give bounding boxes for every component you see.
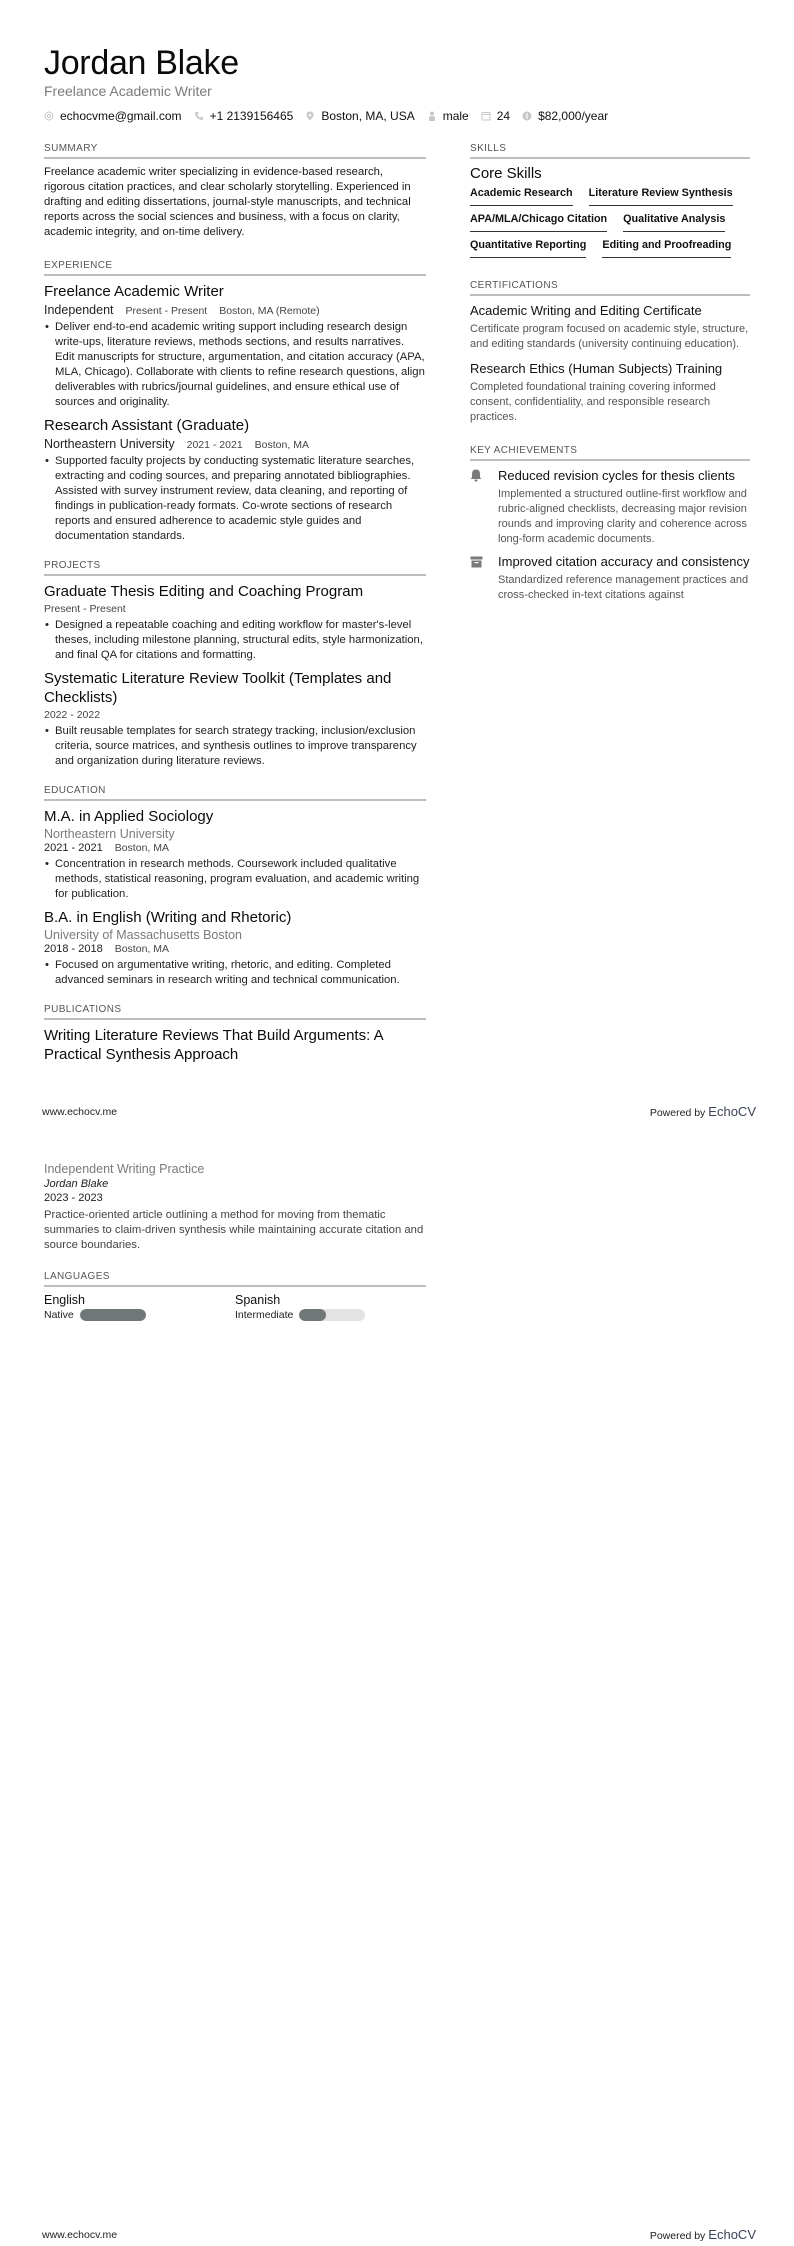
publication-continued: Independent Writing Practice Jordan Blak… (44, 1162, 426, 1253)
language-proficiency-bar (299, 1309, 365, 1321)
language-proficiency-bar (80, 1309, 146, 1321)
contact-email[interactable]: echocvme@gmail.com (44, 109, 182, 123)
language-proficiency-fill (80, 1309, 146, 1321)
education-dates: 2021 - 2021 (44, 842, 103, 854)
certification-title: Research Ethics (Human Subjects) Trainin… (470, 360, 750, 377)
degree: B.A. in English (Writing and Rhetoric) (44, 908, 426, 927)
powered-by: Powered byEchoCV (650, 1104, 756, 1119)
publication-author: Jordan Blake (44, 1178, 426, 1190)
job-dates: Present - Present (126, 305, 208, 317)
certifications-section: CERTIFICATIONS Academic Writing and Edit… (470, 280, 750, 425)
section-title: PUBLICATIONS (44, 1004, 426, 1020)
brand-name[interactable]: EchoCV (708, 2227, 756, 2242)
achievement-entry: Reduced revision cycles for thesis clien… (470, 467, 750, 547)
achievements-section: KEY ACHIEVEMENTS Reduced revision cycles… (470, 445, 750, 603)
person-icon (427, 111, 437, 121)
summary-text: Freelance academic writer specializing i… (44, 165, 426, 240)
project-meta: 2022 - 2022 (44, 709, 426, 721)
education-entry: M.A. in Applied Sociology Northeastern U… (44, 807, 426, 902)
skill-tag: APA/MLA/Chicago Citation (470, 213, 607, 232)
experience-entry: Freelance Academic Writer Independent Pr… (44, 282, 426, 410)
skill-tag: Quantitative Reporting (470, 239, 586, 258)
job-location: Boston, MA (255, 439, 309, 451)
job-bullets: Deliver end-to-end academic writing supp… (44, 320, 426, 410)
job-title: Research Assistant (Graduate) (44, 416, 426, 435)
skill-tag: Editing and Proofreading (602, 239, 731, 258)
language-proficiency-fill (299, 1309, 325, 1321)
achievement-title: Reduced revision cycles for thesis clien… (498, 467, 750, 484)
certification-description: Completed foundational training covering… (470, 380, 750, 425)
calendar-icon (481, 111, 491, 121)
bell-icon (470, 467, 498, 547)
project-title: Systematic Literature Review Toolkit (Te… (44, 669, 426, 707)
skill-tag: Qualitative Analysis (623, 213, 725, 232)
language-name: English (44, 1293, 235, 1307)
school: University of Massachusetts Boston (44, 928, 426, 942)
section-title: LANGUAGES (44, 1271, 426, 1287)
bullet-item: Supported faculty projects by conducting… (44, 454, 426, 544)
page-footer: www.echocv.me Powered byEchoCV (42, 2227, 756, 2242)
left-column: SUMMARY Freelance academic writer specia… (44, 143, 426, 1064)
location-pin-icon (305, 111, 315, 121)
project-entry: Graduate Thesis Editing and Coaching Pro… (44, 582, 426, 663)
education-dates: 2018 - 2018 (44, 943, 103, 955)
resume-page-1: Jordan Blake Freelance Academic Writer e… (0, 0, 794, 1123)
skill-tag: Literature Review Synthesis (589, 187, 733, 206)
project-dates: Present - Present (44, 603, 126, 615)
school: Northeastern University (44, 827, 426, 841)
experience-entry: Research Assistant (Graduate) Northeaste… (44, 416, 426, 544)
contact-location: Boston, MA, USA (305, 109, 414, 123)
publication-description: Practice-oriented article outlining a me… (44, 1208, 426, 1253)
degree: M.A. in Applied Sociology (44, 807, 426, 826)
publication-publisher: Independent Writing Practice (44, 1162, 426, 1176)
education-bullets: Focused on argumentative writing, rhetor… (44, 958, 426, 988)
project-title: Graduate Thesis Editing and Coaching Pro… (44, 582, 426, 601)
certification-title: Academic Writing and Editing Certificate (470, 302, 750, 319)
right-column: SKILLS Core Skills Academic Research Lit… (470, 143, 750, 609)
achievement-description: Standardized reference management practi… (498, 573, 750, 603)
job-dates: 2021 - 2021 (187, 439, 243, 451)
language-level: Intermediate (235, 1309, 293, 1321)
bullet-item: Deliver end-to-end academic writing supp… (44, 320, 426, 410)
summary-section: SUMMARY Freelance academic writer specia… (44, 143, 426, 240)
achievement-entry: Improved citation accuracy and consisten… (470, 553, 750, 603)
language-list: English Native Spanish Intermediate (44, 1293, 426, 1321)
job-meta: Northeastern University 2021 - 2021 Bost… (44, 437, 426, 451)
language-entry: Spanish Intermediate (235, 1293, 426, 1321)
education-location: Boston, MA (115, 842, 169, 854)
contact-bar: echocvme@gmail.com +1 2139156465 Boston,… (44, 109, 620, 123)
contact-salary: $82,000/year (522, 109, 608, 123)
education-bullets: Concentration in research methods. Cours… (44, 857, 426, 902)
section-title: EXPERIENCE (44, 260, 426, 276)
certification-entry: Research Ethics (Human Subjects) Trainin… (470, 360, 750, 425)
skill-tag: Academic Research (470, 187, 573, 206)
projects-section: PROJECTS Graduate Thesis Editing and Coa… (44, 560, 426, 769)
at-icon (44, 111, 54, 121)
contact-age: 24 (481, 109, 510, 123)
skill-group-title: Core Skills (470, 165, 750, 182)
project-entry: Systematic Literature Review Toolkit (Te… (44, 669, 426, 769)
education-section: EDUCATION M.A. in Applied Sociology Nort… (44, 785, 426, 988)
education-location: Boston, MA (115, 943, 169, 955)
publication-dates: 2023 - 2023 (44, 1192, 426, 1204)
language-level: Native (44, 1309, 74, 1321)
candidate-name: Jordan Blake (44, 44, 239, 83)
left-column: Independent Writing Practice Jordan Blak… (44, 1162, 426, 1321)
section-title: CERTIFICATIONS (470, 280, 750, 296)
publications-section: PUBLICATIONS Writing Literature Reviews … (44, 1004, 426, 1064)
powered-by: Powered byEchoCV (650, 2227, 756, 2242)
language-entry: English Native (44, 1293, 235, 1321)
achievement-title: Improved citation accuracy and consisten… (498, 553, 750, 570)
section-title: SUMMARY (44, 143, 426, 159)
experience-section: EXPERIENCE Freelance Academic Writer Ind… (44, 260, 426, 544)
phone-icon (194, 111, 204, 121)
skills-section: SKILLS Core Skills Academic Research Lit… (470, 143, 750, 258)
salary-icon (522, 111, 532, 121)
achievement-description: Implemented a structured outline-first w… (498, 487, 750, 547)
employer: Northeastern University (44, 437, 175, 451)
contact-gender: male (427, 109, 469, 123)
project-dates: 2022 - 2022 (44, 709, 100, 721)
archive-box-icon (470, 553, 498, 603)
certification-description: Certificate program focused on academic … (470, 322, 750, 352)
job-title: Freelance Academic Writer (44, 282, 426, 301)
bullet-item: Focused on argumentative writing, rhetor… (44, 958, 426, 988)
section-title: SKILLS (470, 143, 750, 159)
section-title: EDUCATION (44, 785, 426, 801)
job-bullets: Supported faculty projects by conducting… (44, 454, 426, 544)
education-meta: 2018 - 2018 Boston, MA (44, 943, 426, 955)
project-meta: Present - Present (44, 603, 426, 615)
website-link[interactable]: www.echocv.me (42, 2229, 117, 2241)
section-title: PROJECTS (44, 560, 426, 576)
brand-name[interactable]: EchoCV (708, 1104, 756, 1119)
education-entry: B.A. in English (Writing and Rhetoric) U… (44, 908, 426, 988)
resume-page-2: Independent Writing Practice Jordan Blak… (0, 1123, 794, 2246)
publication-title: Writing Literature Reviews That Build Ar… (44, 1026, 426, 1064)
website-link[interactable]: www.echocv.me (42, 1106, 117, 1118)
bullet-item: Designed a repeatable coaching and editi… (44, 618, 426, 663)
bullet-item: Built reusable templates for search stra… (44, 724, 426, 769)
education-meta: 2021 - 2021 Boston, MA (44, 842, 426, 854)
candidate-role: Freelance Academic Writer (44, 83, 212, 99)
job-meta: Independent Present - Present Boston, MA… (44, 303, 426, 317)
contact-phone[interactable]: +1 2139156465 (194, 109, 294, 123)
page-footer: www.echocv.me Powered byEchoCV (42, 1104, 756, 1119)
section-title: KEY ACHIEVEMENTS (470, 445, 750, 461)
language-name: Spanish (235, 1293, 426, 1307)
project-bullets: Designed a repeatable coaching and editi… (44, 618, 426, 663)
skill-list: Academic Research Literature Review Synt… (470, 187, 750, 258)
certification-entry: Academic Writing and Editing Certificate… (470, 302, 750, 352)
employer: Independent (44, 303, 114, 317)
job-location: Boston, MA (Remote) (219, 305, 319, 317)
project-bullets: Built reusable templates for search stra… (44, 724, 426, 769)
languages-section: LANGUAGES English Native Spanish Interme… (44, 1271, 426, 1321)
bullet-item: Concentration in research methods. Cours… (44, 857, 426, 902)
